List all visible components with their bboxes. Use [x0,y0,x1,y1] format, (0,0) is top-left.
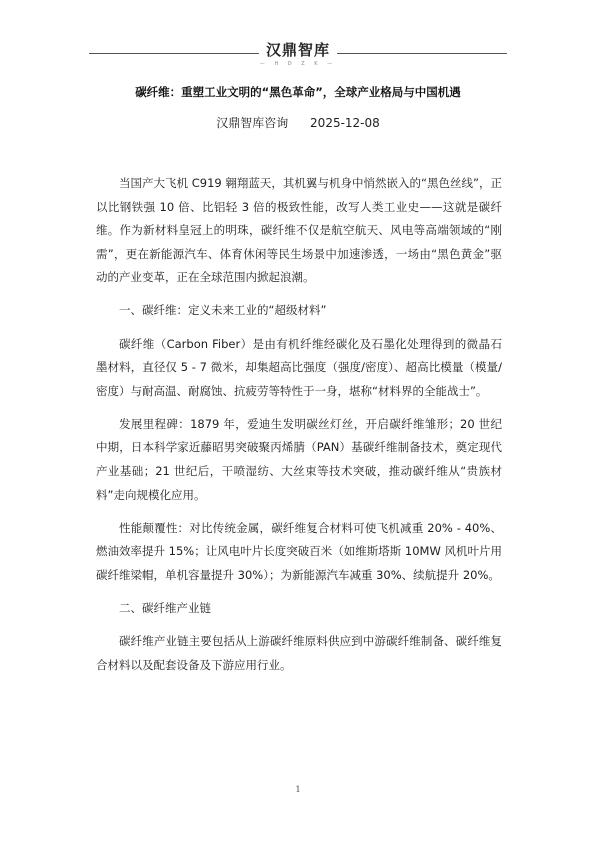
paragraph-definition: 碳纤维（Carbon Fiber）是由有机纤维经碳化及石墨化处理得到的微晶石墨材… [96,333,502,404]
page-header: 汉鼎智库 — H D Z K — [89,40,507,70]
logo-english: — H D Z K — [259,61,337,67]
section-heading-1: 一、碳纤维：定义未来工业的“超级材料” [96,299,502,323]
section-heading-2: 二、碳纤维产业链 [96,597,502,621]
byline: 汉鼎智库咨询 2025-12-08 [60,114,536,131]
paragraph-intro: 当国产大飞机 C919 翱翔蓝天，其机翼与机身中悄然嵌入的“黑色丝线”，正以比钢… [96,172,502,290]
article-source: 汉鼎智库咨询 [216,116,288,130]
page-number: 1 [0,785,596,794]
header-rule-left [89,53,259,54]
paragraph-milestones: 发展里程碑：1879 年，爱迪生发明碳丝灯丝，开启碳纤维雏形；20 世纪中期，日… [96,413,502,507]
article-body: 当国产大飞机 C919 翱翔蓝天，其机翼与机身中悄然嵌入的“黑色丝线”，正以比钢… [96,172,502,687]
logo-chinese: 汉鼎智库 [259,40,337,60]
article-title: 碳纤维：重塑工业文明的“黑色革命”，全球产业格局与中国机遇 [60,84,536,100]
header-rule-right [337,53,507,54]
article-date: 2025-12-08 [310,116,380,130]
brand-logo: 汉鼎智库 — H D Z K — [259,40,337,67]
paragraph-industry-chain: 碳纤维产业链主要包括从上游碳纤维原料供应到中游碳纤维制备、碳纤维复合材料以及配套… [96,630,502,677]
paragraph-performance: 性能颠覆性：对比传统金属，碳纤维复合材料可使飞机减重 20% - 40%、燃油效… [96,517,502,588]
